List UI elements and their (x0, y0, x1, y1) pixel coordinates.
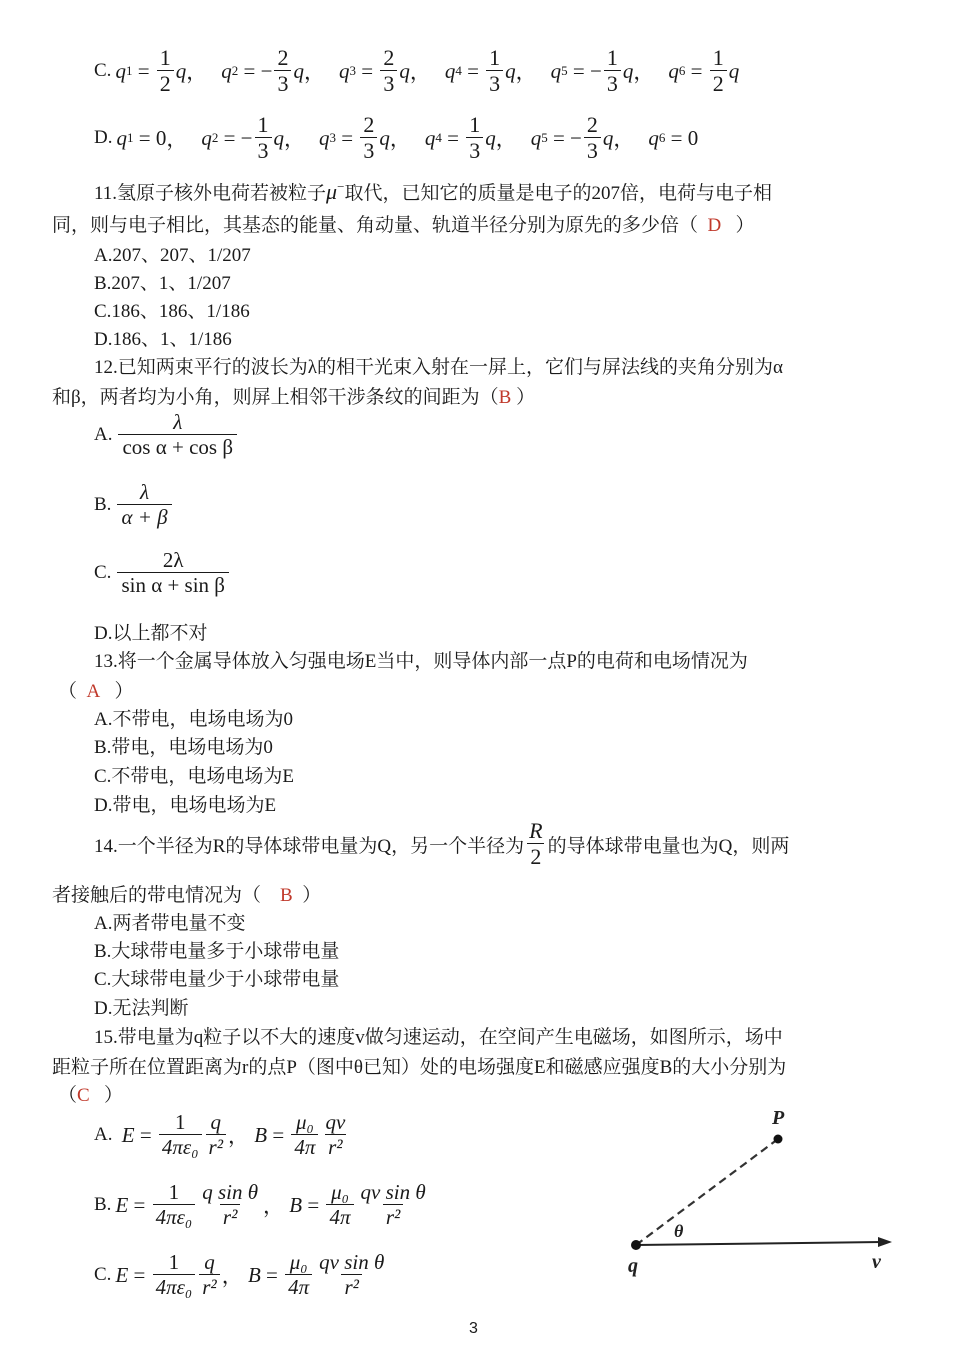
q11-option-a: A.207、207、1/207 (94, 240, 251, 267)
q14-option-b: B.大球带电量多于小球带电量 (94, 936, 339, 963)
q10-option-d: D. q1 = 0， q2 = −13q， q3 = 23q， q4 = 13q… (94, 112, 698, 165)
q13-answer: A (87, 681, 101, 702)
page-number: 3 (469, 1320, 478, 1338)
q12-stem-line1: 12.已知两束平行的波长为λ的相干光束入射在一屏上，它们与屏法线的夹角分别为α (94, 352, 783, 379)
q11-option-b: B.207、1、1/207 (94, 268, 231, 295)
q14-option-d: D.无法判断 (94, 993, 188, 1020)
q13-answer-line: （ A ） (58, 676, 134, 703)
label-v: v (872, 1251, 882, 1273)
q15-option-b: B.E = 14πε₀ q sin θr²， B = μ₀4π qv sin θ… (94, 1180, 431, 1230)
charge-q-dot (631, 1240, 641, 1250)
q13-option-c: C.不带电，电场电场为E (94, 761, 294, 788)
q11-stem-line2: 同，则与电子相比，其基态的能量、角动量、轨道半径分别为原先的多少倍（ D ） (52, 210, 755, 237)
q14-option-a: A.两者带电量不变 (94, 908, 245, 935)
q15-answer: C (77, 1085, 90, 1106)
q14-stem-line2: 者接触后的带电情况为（ B ） (52, 880, 321, 907)
q12-answer: B (499, 387, 512, 408)
q15-option-c: C.E = 14πε₀ qr²， B = μ₀4π qv sin θr² (94, 1250, 389, 1300)
q11-answer: D (708, 215, 722, 236)
q15-figure-diagram: P θ q v (600, 1100, 920, 1280)
q11-option-d: D.186、1、1/186 (94, 324, 232, 351)
arrowhead-icon (878, 1237, 892, 1247)
q14-option-c: C.大球带电量少于小球带电量 (94, 964, 339, 991)
q15-stem-line2: 距粒子所在位置距离为r的点P（图中θ已知）处的电场强度E和磁感应强度B的大小分别… (52, 1052, 786, 1079)
q14-stem-line1: 14.一个半径为R的导体球带电量为Q，另一个半径为 R2 的导体球带电量也为Q，… (94, 818, 789, 871)
q15-option-a: A. E = 14πε₀ qr²， B = μ₀4π qvr² (94, 1110, 350, 1160)
q13-option-d: D.带电，电场电场为E (94, 790, 276, 817)
point-p-dot (774, 1135, 783, 1144)
q12-stem-line2: 和β，两者均为小角，则屏上相邻干涉条纹的间距为（B ） (52, 382, 535, 409)
q15-answer-line: （C ） (58, 1080, 123, 1107)
q13-option-b: B.带电，电场电场为0 (94, 732, 273, 759)
q12-option-a: A. λcos α + cos β (94, 410, 239, 460)
dashed-line-to-p (636, 1139, 778, 1245)
q10-option-c: C. q1 = 12q， q2 = −23q， q3 = 23q， q4 = 1… (94, 45, 739, 98)
q11-stem-line1: 11.氢原子核外电荷若被粒子μ−取代，已知它的质量是电子的207倍，电荷与电子相 (94, 178, 772, 205)
q14-answer: B (280, 885, 293, 906)
q12-option-c: C. 2λsin α + sin β (94, 548, 231, 598)
label-theta: θ (674, 1221, 684, 1241)
label-p: P (771, 1107, 785, 1129)
velocity-line (636, 1242, 882, 1245)
q15-stem-line1: 15.带电量为q粒子以不大的速度v做匀速运动，在空间产生电磁场，如图所示，场中 (94, 1022, 783, 1049)
q11-option-c: C.186、186、1/186 (94, 296, 250, 323)
q13-option-a: A.不带电，电场电场为0 (94, 704, 293, 731)
label-q: q (628, 1255, 638, 1277)
q12-option-b: B. λα + β (94, 480, 174, 530)
q12-option-d: D.以上都不对 (94, 618, 207, 645)
q13-stem-line1: 13.将一个金属导体放入匀强电场E当中，则导体内部一点P的电荷和电场情况为 (94, 646, 748, 673)
